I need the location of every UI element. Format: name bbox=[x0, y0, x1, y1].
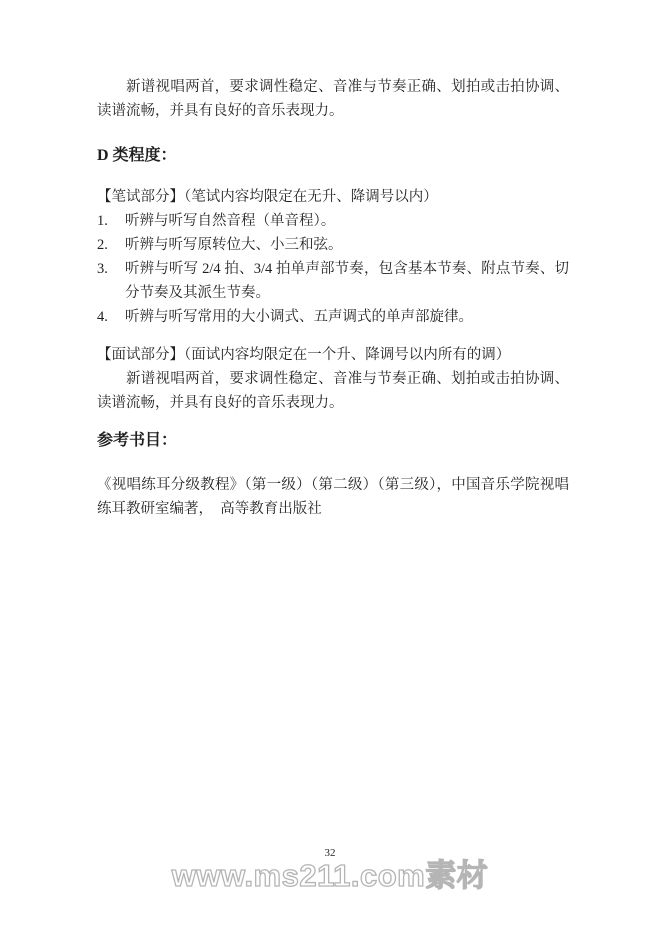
interview-part-header: 【面试部分】（面试内容均限定在一个升、降调号以内所有的调） bbox=[97, 343, 569, 367]
interview-part-paragraph: 新谱视唱两首，要求调性稳定、音准与节奏正确、划拍或击拍协调、读谱流畅，并具有良好… bbox=[97, 367, 569, 415]
list-item-text: 听辨与听写原转位大、小三和弦。 bbox=[125, 237, 343, 253]
reference-entry: 《视唱练耳分级教程》（第一级）（第二级）（第三级），中国音乐学院视唱练耳教研室编… bbox=[97, 473, 569, 521]
list-item-text: 听辨与听写常用的大小调式、五声调式的单声部旋律。 bbox=[125, 309, 473, 325]
list-item-number: 3. bbox=[97, 257, 108, 281]
intro-paragraph: 新谱视唱两首，要求调性稳定、音准与节奏正确、划拍或击拍协调、读谱流畅，并具有良好… bbox=[97, 75, 569, 123]
watermark: www.ms211.com素材 bbox=[172, 854, 488, 898]
written-part-list: 1. 听辨与听写自然音程（单音程）。 2. 听辨与听写原转位大、小三和弦。 3.… bbox=[97, 209, 569, 329]
document-page: 新谱视唱两首，要求调性稳定、音准与节奏正确、划拍或击拍协调、读谱流畅，并具有良好… bbox=[0, 0, 660, 933]
list-item: 2. 听辨与听写原转位大、小三和弦。 bbox=[97, 233, 569, 257]
list-item-number: 4. bbox=[97, 305, 108, 329]
references-heading: 参考书目： bbox=[97, 428, 569, 454]
list-item-number: 2. bbox=[97, 233, 108, 257]
list-item: 3. 听辨与听写 2/4 拍、3/4 拍单声部节奏，包含基本节奏、附点节奏、切分… bbox=[97, 257, 569, 305]
list-item-text: 听辨与听写 2/4 拍、3/4 拍单声部节奏，包含基本节奏、附点节奏、切分节奏及… bbox=[125, 261, 569, 301]
list-item-number: 1. bbox=[97, 209, 108, 233]
list-item: 4. 听辨与听写常用的大小调式、五声调式的单声部旋律。 bbox=[97, 305, 569, 329]
list-item: 1. 听辨与听写自然音程（单音程）。 bbox=[97, 209, 569, 233]
list-item-text: 听辨与听写自然音程（单音程）。 bbox=[125, 213, 335, 229]
page-content: 新谱视唱两首，要求调性稳定、音准与节奏正确、划拍或击拍协调、读谱流畅，并具有良好… bbox=[97, 75, 569, 521]
page-number: 32 bbox=[0, 846, 660, 860]
written-part-header: 【笔试部分】（笔试内容均限定在无升、降调号以内） bbox=[97, 185, 569, 209]
d-level-heading: D 类程度： bbox=[97, 143, 569, 169]
